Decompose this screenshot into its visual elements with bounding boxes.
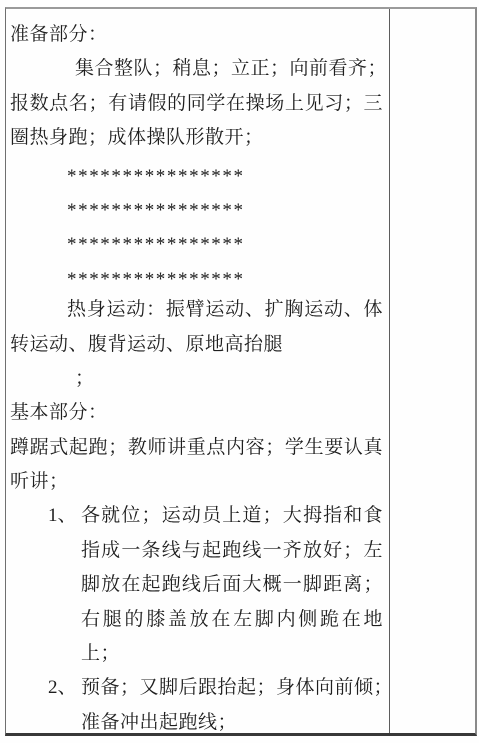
text-line: 听讲； bbox=[10, 465, 383, 499]
text-line: 集合整队；稍息；立正；向前看齐； bbox=[10, 52, 383, 86]
document-sheet: 准备部分：集合整队；稍息；立正；向前看齐；报数点名；有请假的同学在操场上见习；三… bbox=[0, 0, 479, 743]
separator-line: **************** bbox=[10, 228, 383, 262]
text-line: 脚放在起跑线后面大概一脚距离； bbox=[10, 568, 383, 602]
list-text: 各就位；运动员上道；大拇指和食 bbox=[81, 505, 383, 526]
text-line: 热身运动：振臂运动、扩胸运动、体 bbox=[10, 293, 383, 327]
text-line: 准备部分： bbox=[10, 18, 383, 52]
text-line: 准备冲出起跑线； bbox=[10, 706, 383, 733]
text-line: 转运动、腹背运动、原地高抬腿 bbox=[10, 328, 383, 362]
separator-line: **************** bbox=[10, 194, 383, 228]
list-number: 2、 bbox=[48, 671, 77, 705]
separator-line: **************** bbox=[10, 263, 383, 297]
text-line: 基本部分： bbox=[10, 396, 383, 430]
text-line: 指成一条线与起跑线一齐放好；左 bbox=[10, 534, 383, 568]
lesson-content-cell: 准备部分：集合整队；稍息；立正；向前看齐；报数点名；有请假的同学在操场上见习；三… bbox=[6, 9, 390, 733]
text-line: ； bbox=[10, 362, 383, 396]
list-number: 1、 bbox=[48, 499, 77, 533]
text-line: 圈热身跑；成体操队形散开； bbox=[10, 121, 383, 155]
lesson-table: 准备部分：集合整队；稍息；立正；向前看齐；报数点名；有请假的同学在操场上见习；三… bbox=[5, 7, 477, 736]
side-empty-cell bbox=[390, 9, 475, 733]
text-line: 蹲踞式起跑；教师讲重点内容；学生要认真 bbox=[10, 431, 383, 465]
text-line: 1、各就位；运动员上道；大拇指和食 bbox=[10, 499, 383, 533]
text-line: 上； bbox=[10, 637, 383, 671]
text-line: 2、预备；又脚后跟抬起；身体向前倾； bbox=[10, 671, 383, 705]
list-text: 预备；又脚后跟抬起；身体向前倾； bbox=[81, 677, 383, 698]
text-line: 报数点名；有请假的同学在操场上见习；三 bbox=[10, 87, 383, 121]
text-line: 右腿的膝盖放在左脚内侧跪在地 bbox=[10, 603, 383, 637]
separator-line: **************** bbox=[10, 160, 383, 194]
